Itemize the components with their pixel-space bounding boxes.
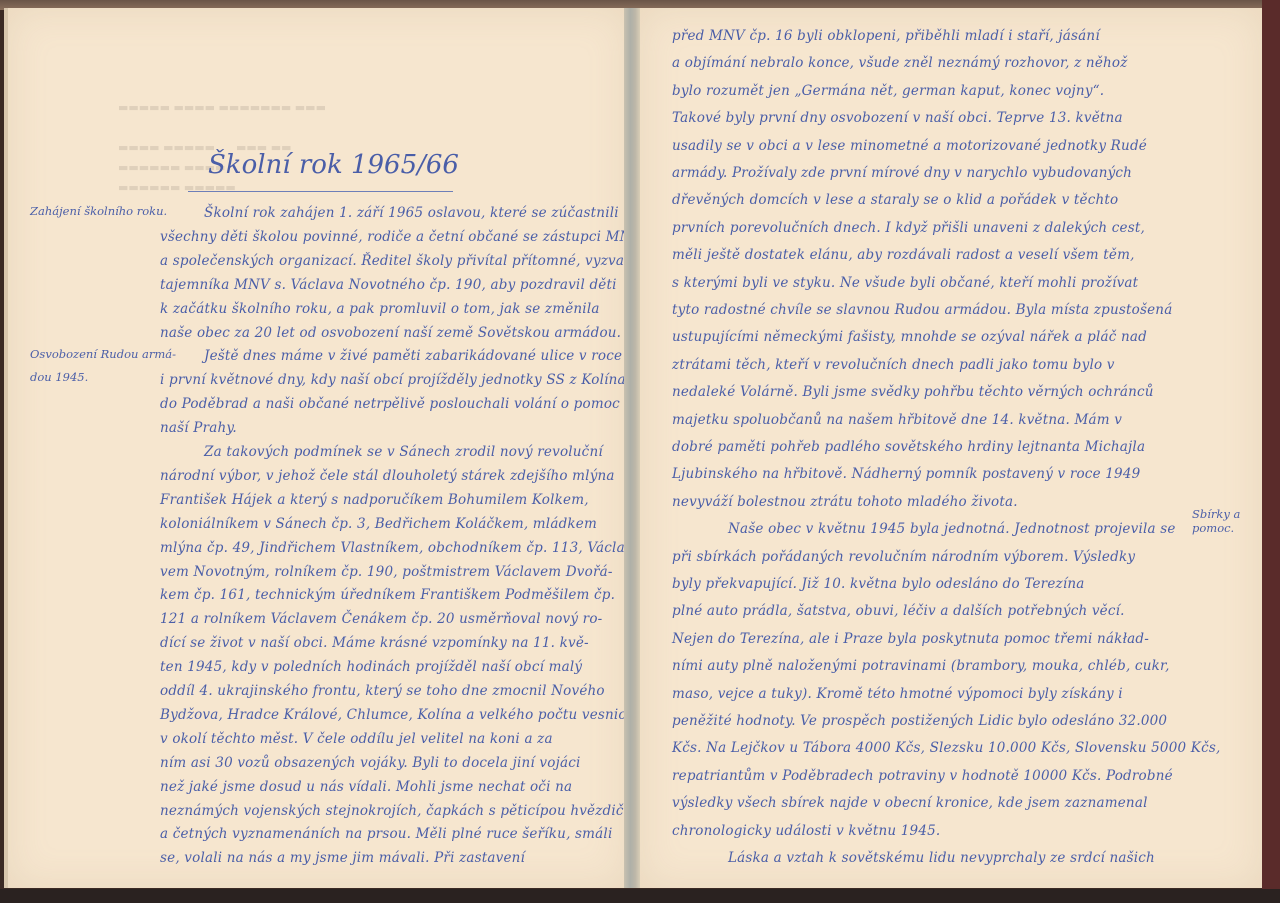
left-page: ▬▬▬▬▬ ▬▬▬▬ ▬▬▬▬▬▬▬ ▬▬▬▬▬▬▬ ▬▬▬▬▬ ▬▬▬ ▬▬▬… bbox=[4, 8, 628, 888]
handwritten-line: i první květnové dny, kdy naší obcí proj… bbox=[160, 372, 626, 388]
handwritten-line: měli ještě dostatek elánu, aby rozdávali… bbox=[672, 247, 1135, 263]
book-spine-gutter bbox=[624, 8, 640, 888]
book-bottom-edge bbox=[0, 889, 1280, 903]
handwritten-line: koloniálníkem v Sánech čp. 3, Bedřichem … bbox=[160, 516, 597, 532]
bleed-through-text: ▬▬▬▬▬ ▬▬▬▬ ▬▬▬▬▬▬▬ ▬▬▬▬▬▬▬ ▬▬▬▬▬ ▬▬▬ ▬▬▬… bbox=[118, 98, 468, 198]
handwritten-line: kem čp. 161, technickým úředníkem Franti… bbox=[160, 587, 615, 603]
handwritten-line: neznámých vojenských stejnokrojích, čapk… bbox=[160, 803, 649, 819]
handwritten-line: k začátku školního roku, a pak promluvil… bbox=[160, 301, 600, 317]
handwritten-line: Nejen do Terezína, ale i Praze byla posk… bbox=[672, 631, 1149, 647]
handwritten-line: byly překvapující. Již 10. května bylo o… bbox=[672, 576, 1085, 592]
handwritten-line: plné auto prádla, šatstva, obuvi, léčiv … bbox=[672, 603, 1125, 619]
handwritten-line: vem Novotným, rolníkem čp. 190, poštmist… bbox=[160, 564, 613, 580]
handwritten-line: armády. Prožívaly zde první mírové dny v… bbox=[672, 165, 1132, 181]
handwritten-line: než jaké jsme dosud u nás vídali. Mohli … bbox=[160, 779, 572, 795]
right-page: Sbírky a pomoc. před MNV čp. 16 byli obk… bbox=[640, 8, 1268, 888]
handwritten-line: mlýna čp. 49, Jindřichem Vlastníkem, obc… bbox=[160, 540, 630, 556]
handwritten-line: ztrátami těch, kteří v revolučních dnech… bbox=[672, 357, 1115, 373]
handwritten-line: všechny děti školou povinné, rodiče a če… bbox=[160, 229, 642, 245]
margin-note: dou 1945. bbox=[30, 370, 88, 384]
handwritten-line: tyto radostné chvíle se slavnou Rudou ar… bbox=[672, 302, 1172, 318]
handwritten-line: naší Prahy. bbox=[160, 420, 237, 436]
handwritten-line: František Hájek a který s nadporučíkem B… bbox=[160, 492, 589, 508]
handwritten-line: výsledky všech sbírek najde v obecní kro… bbox=[672, 795, 1148, 811]
handwritten-line: Ljubinského na hřbitově. Nádherný pomník… bbox=[672, 466, 1140, 482]
handwritten-line: ními auty plně naloženými potravinami (b… bbox=[672, 658, 1170, 674]
handwritten-line: naše obec za 20 let od osvobození naší z… bbox=[160, 325, 621, 341]
book-cover-edge bbox=[1262, 0, 1280, 903]
handwritten-line: Láska a vztah k sovětskému lidu nevyprch… bbox=[728, 850, 1155, 866]
handwritten-line: Naše obec v květnu 1945 byla jednotná. J… bbox=[728, 521, 1176, 537]
handwritten-line: národní výbor, v jehož čele stál dlouhol… bbox=[160, 468, 615, 484]
handwritten-line: peněžité hodnoty. Ve prospěch postiženýc… bbox=[672, 713, 1167, 729]
handwritten-line: a četných vyznamenáních na prsou. Měli p… bbox=[160, 826, 612, 842]
handwritten-line: a společenských organizací. Ředitel škol… bbox=[160, 253, 629, 269]
handwritten-line: dřevěných domcích v lese a staraly se o … bbox=[672, 192, 1118, 208]
handwritten-line: se, volali na nás a my jsme jim mávali. … bbox=[160, 850, 525, 866]
handwritten-line: Za takových podmínek se v Sánech zrodil … bbox=[204, 444, 603, 460]
handwritten-line: nevyváží bolestnou ztrátu tohoto mladého… bbox=[672, 494, 1018, 510]
handwritten-line: ustupujícími německými fašisty, mnohde s… bbox=[672, 329, 1147, 345]
handwritten-line: Bydžova, Hradce Králové, Chlumce, Kolína… bbox=[160, 707, 626, 723]
margin-note: Osvobození Rudou armá- bbox=[30, 347, 176, 361]
handwritten-line: tajemníka MNV s. Václava Novotného čp. 1… bbox=[160, 277, 617, 293]
handwritten-line: 121 a rolníkem Václavem Čenákem čp. 20 u… bbox=[160, 611, 602, 627]
handwritten-line: dící se život v naší obci. Máme krásné v… bbox=[160, 635, 589, 651]
handwritten-line: s kterými byli ve styku. Ne všude byli o… bbox=[672, 275, 1138, 291]
handwritten-line: v okolí těchto měst. V čele oddílu jel v… bbox=[160, 731, 553, 747]
margin-note: Zahájení školního roku. bbox=[30, 204, 167, 218]
handwritten-line: bylo rozumět jen „Germána nět, german ka… bbox=[672, 83, 1104, 99]
handwritten-line: před MNV čp. 16 byli obklopeni, přiběhli… bbox=[672, 28, 1100, 44]
handwritten-line: oddíl 4. ukrajinského frontu, který se t… bbox=[160, 683, 605, 699]
handwritten-line: dobré paměti pohřeb padlého sovětského h… bbox=[672, 439, 1145, 455]
handwritten-line: ním asi 30 vozů obsazených vojáky. Byli … bbox=[160, 755, 580, 771]
handwritten-line: repatriantům v Poděbradech potraviny v h… bbox=[672, 768, 1173, 784]
handwritten-line: Školní rok zahájen 1. září 1965 oslavou,… bbox=[204, 205, 619, 221]
margin-note: Sbírky a pomoc. bbox=[1192, 507, 1262, 535]
handwritten-line: Kčs. Na Lejčkov u Tábora 4000 Kčs, Slezs… bbox=[672, 740, 1220, 756]
handwritten-line: majetku spoluobčanů na našem hřbitově dn… bbox=[672, 412, 1122, 428]
handwritten-line: a objímání nebralo konce, všude zněl nez… bbox=[672, 55, 1128, 71]
handwritten-line: nedaleké Volárně. Byli jsme svědky pohřb… bbox=[672, 384, 1154, 400]
handwritten-line: usadily se v obci a v lese minometné a m… bbox=[672, 138, 1147, 154]
handwritten-line: chronologicky události v květnu 1945. bbox=[672, 823, 940, 839]
handwritten-line: do Poděbrad a naši občané netrpělivě pos… bbox=[160, 396, 620, 412]
title-underline bbox=[188, 191, 453, 192]
page-title: Školní rok 1965/66 bbox=[208, 150, 459, 180]
handwritten-line: prvních porevolučních dnech. I když přiš… bbox=[672, 220, 1145, 236]
handwritten-line: při sbírkách pořádaných revolučním národ… bbox=[672, 549, 1135, 565]
handwritten-line: Takové byly první dny osvobození v naší … bbox=[672, 110, 1123, 126]
handwritten-line: maso, vejce a tuky). Kromě této hmotné v… bbox=[672, 686, 1123, 702]
handwritten-line: Ještě dnes máme v živé paměti zabarikádo… bbox=[204, 348, 662, 364]
handwritten-line: ten 1945, kdy v poledních hodinách projí… bbox=[160, 659, 582, 675]
